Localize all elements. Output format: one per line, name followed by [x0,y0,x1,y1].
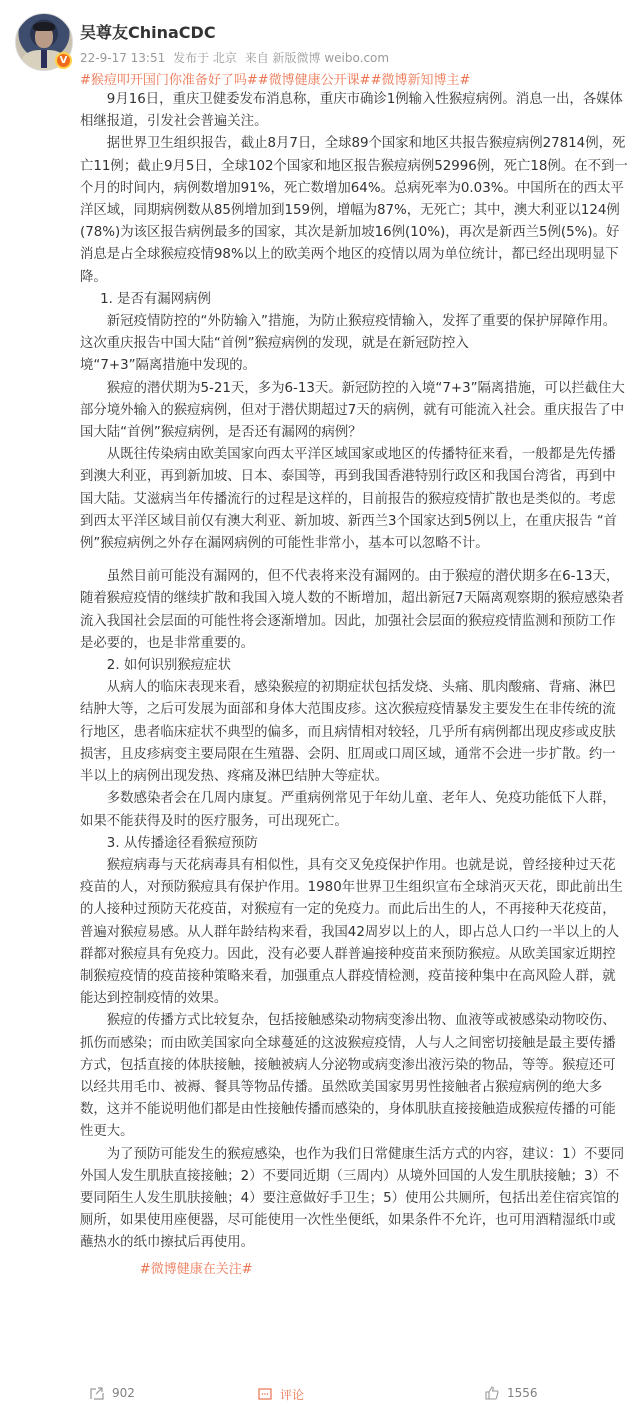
paragraph: 猴痘的潜伏期为5-21天，多为6-13天。新冠防控的入境“7+3”隔离措施，可以… [80,378,628,445]
paragraph: 虽然目前可能没有漏网的，但不代表将来没有漏网的。由于猴痘的潜伏期多在6-13天，… [80,566,628,655]
thumbs-up-icon [485,1386,499,1400]
section-heading: 1. 是否有漏网病例 [80,289,628,311]
paragraph: 从既往传染病由欧美国家向西太平洋区域国家或地区的传播特征来看，一般都是先传播到澳… [80,444,628,555]
paragraph: 猴痘的传播方式比较复杂，包括接触感染动物病变渗出物、血液等或被感染动物咬伤、抓伤… [80,1010,628,1143]
post-location: 发布于 北京 [173,51,237,65]
verified-badge-icon: V [55,52,72,69]
post-source: 来自 新版微博 weibo.com [245,51,389,65]
post-body: 9月16日，重庆卫健委发布消息称，重庆市确诊1例输入性猴痘病例。消息一出，各媒体… [80,89,628,1285]
post-meta: 22-9-17 13:51 发布于 北京 来自 新版微博 weibo.com [80,49,393,66]
post-footer: 902 评论 1556 [0,1386,640,1403]
post-time[interactable]: 22-9-17 13:51 [80,51,165,65]
paragraph: 新冠疫情防控的“外防输入”措施，为防止猴痘疫情输入，发挥了重要的保护屏障作用。这… [80,311,628,355]
repost-button[interactable]: 902 [90,1386,135,1400]
repost-count: 902 [112,1386,135,1400]
paragraph: 9月16日，重庆卫健委发布消息称，重庆市确诊1例输入性猴痘病例。消息一出，各媒体… [80,89,628,133]
username[interactable]: 吴尊友ChinaCDC [80,20,216,43]
like-count: 1556 [507,1386,538,1400]
comment-label: 评论 [280,1386,304,1403]
comment-icon [258,1388,272,1402]
like-button[interactable]: 1556 [485,1386,538,1400]
avatar-hair [33,22,55,31]
repost-icon [90,1386,104,1400]
comment-button[interactable]: 评论 [258,1386,304,1403]
section-heading: 2. 如何识别猴痘症状 [80,655,628,677]
paragraph: 为了预防可能发生的猴痘感染，也作为我们日常健康生活方式的内容，建议：1）不要同外… [80,1144,628,1255]
post-header: V 吴尊友ChinaCDC 22-9-17 13:51 发布于 北京 来自 新版… [0,0,640,85]
paragraph: 从病人的临床表现来看，感染猴痘的初期症状包括发烧、头痛、肌肉酸痛、背痛、淋巴结肿… [80,677,628,788]
tail-hashtag[interactable]: #微博健康在关注# [80,1255,628,1285]
section-heading: 3. 从传播途径看猴痘预防 [80,833,628,855]
avatar-tie [41,50,47,68]
paragraph: 猴痘病毒与天花病毒具有相似性，具有交叉免疫保护作用。也就是说，曾经接种过天花疫苗… [80,855,628,1010]
paragraph: 多数感染者会在几周内康复。严重病例常见于年幼儿童、老年人、免疫功能低下人群，如果… [80,788,628,832]
paragraph: 据世界卫生组织报告，截止8月7日，全球89个国家和地区共报告猴痘病例27814例… [80,133,628,288]
paragraph: 境“7+3”隔离措施中发现的。 [80,355,628,377]
topic-hashtags[interactable]: #猴痘叩开国门你准备好了吗##微博健康公开课##微博新知博主# [80,69,470,88]
